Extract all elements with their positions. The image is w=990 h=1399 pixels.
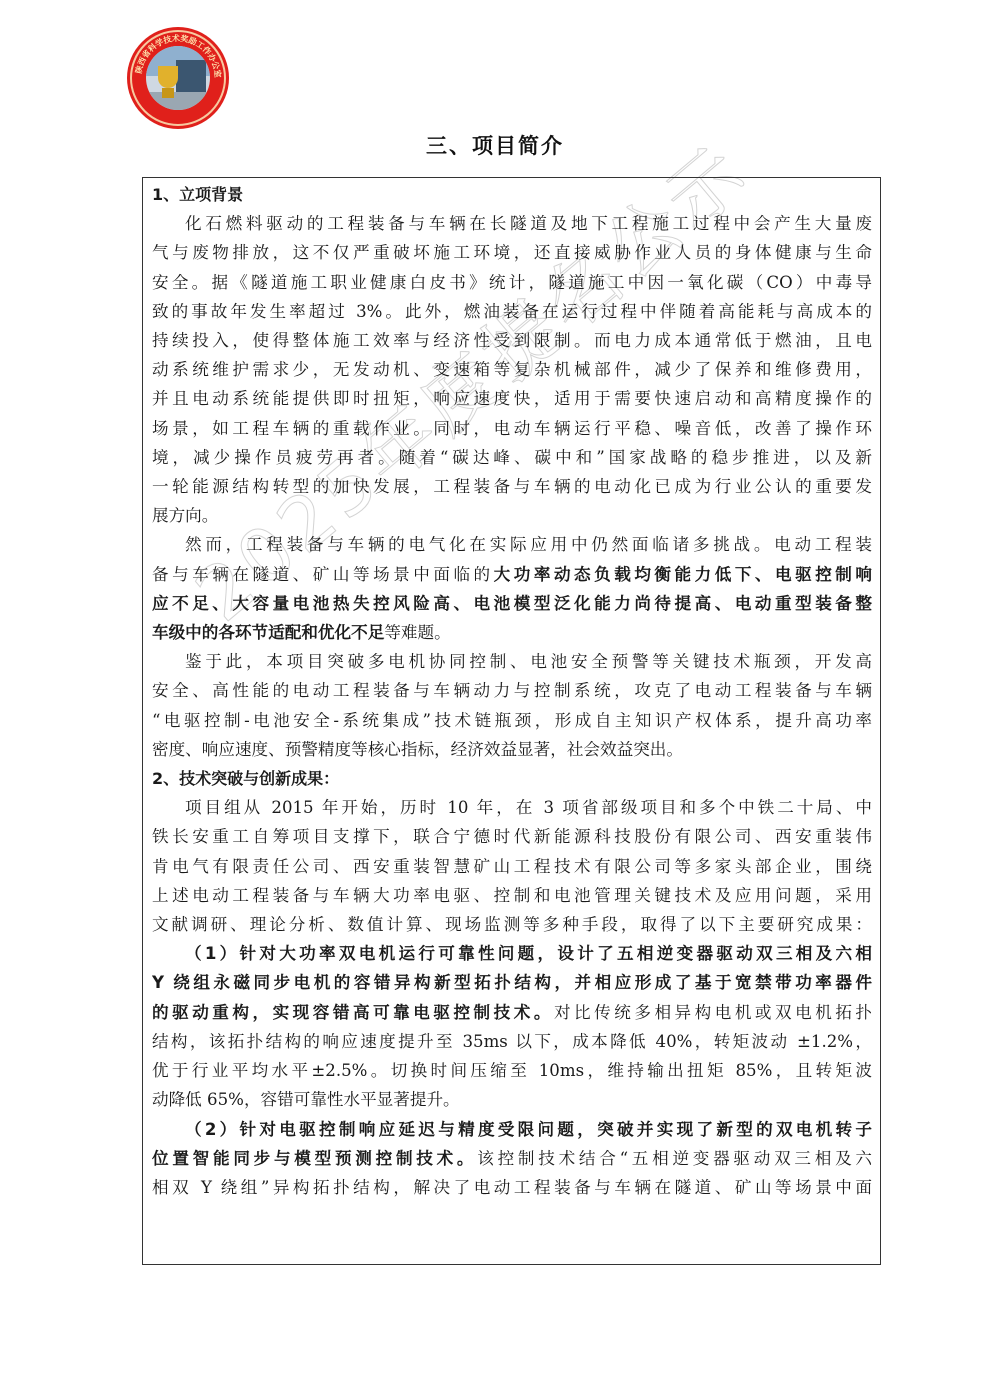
text-line: 位置智能同步与模型预测控制技术。该控制技术结合“五相逆变器驱动双三相及六 <box>152 1144 872 1173</box>
text-line: 气与废物排放，这不仅严重破坏施工环境，还直接威胁作业人员的身体健康与生命 <box>152 238 872 267</box>
bold-text-run: 车级中的各环节适配和优化不足 <box>152 623 384 642</box>
text-line: 一轮能源结构转型的加快发展，工程装备与车辆的电动化已成为行业公认的重要发 <box>152 472 872 501</box>
text-line: 化石燃料驱动的工程装备与车辆在长隧道及地下工程施工过程中会产生大量废 <box>152 209 872 238</box>
bold-text-line: 应不足、大容量电池热失控风险高、电池模型泛化能力尚待提高、电动重型装备整 <box>152 589 872 618</box>
text-line: 展方向。 <box>152 501 872 530</box>
organization-seal-logo: 陕西省科学技术奖励工作办公室 <box>127 27 229 129</box>
text-line: 鉴于此，本项目突破多电机协同控制、电池安全预警等关键技术瓶颈，开发高 <box>152 647 872 676</box>
bold-text-run: 位置智能同步与模型预测控制技术。 <box>152 1149 477 1168</box>
text-line: 铁长安重工自筹项目支撑下，联合宁德时代新能源科技股份有限公司、西安重装伟 <box>152 822 872 851</box>
text-line: 车级中的各环节适配和优化不足等难题。 <box>152 618 872 647</box>
text-line: 动系统维护需求少，无发动机、变速箱等复杂机械部件，减少了保养和维修费用， <box>152 355 872 384</box>
paragraph-result-1: （1）针对大功率双电机运行可靠性问题，设计了五相逆变器驱动双三相及六相 Y 绕组… <box>152 939 872 1114</box>
bold-text-run: 的驱动重构，实现容错高可靠电驱控制技术。 <box>152 1003 554 1022</box>
text-line: 相双 Y 绕组”异构拓扑结构，解决了电动工程装备与车辆在隧道、矿山等场景中面 <box>152 1173 872 1202</box>
text-line: 项目组从 2015 年开始，历时 10 年，在 3 项省部级项目和多个中铁二十局… <box>152 793 872 822</box>
text-line: 肯电气有限责任公司、西安重装智慧矿山工程技术有限公司等多家头部企业，围绕 <box>152 852 872 881</box>
project-summary-box: 1、立项背景 化石燃料驱动的工程装备与车辆在长隧道及地下工程施工过程中会产生大量… <box>142 177 881 1265</box>
text-line: 结构，该拓扑结构的响应速度提升至 35ms 以下，成本降低 40%，转矩波动 ±… <box>152 1027 872 1056</box>
text-line: 备与车辆在隧道、矿山等场景中面临的大功率动态负载均衡能力低下、电驱控制响 <box>152 560 872 589</box>
text-line: 的驱动重构，实现容错高可靠电驱控制技术。对比传统多相异构电机或双电机拓扑 <box>152 998 872 1027</box>
paragraph-challenges: 然而，工程装备与车辆的电气化在实际应用中仍然面临诸多挑战。电动工程装 备与车辆在… <box>152 530 872 647</box>
section-heading-background: 1、立项背景 <box>152 180 872 209</box>
trophy-icon <box>158 66 178 88</box>
text-line: 境，减少操作员疲劳再者。随着“碳达峰、碳中和”国家战略的稳步推进，以及新 <box>152 443 872 472</box>
bold-text-line: （1）针对大功率双电机运行可靠性问题，设计了五相逆变器驱动双三相及六相 <box>152 939 872 968</box>
text-run: 该控制技术结合“五相逆变器驱动双三相及六 <box>477 1149 872 1168</box>
text-line: “电驱控制-电池安全-系统集成”技术链瓶颈，形成自主知识产权体系，提升高功率 <box>152 706 872 735</box>
text-line: 优于行业平均水平±2.5%。切换时间压缩至 10ms，维持输出扭矩 85%，且转… <box>152 1056 872 1085</box>
bold-text-line: Y 绕组永磁同步电机的容错异构新型拓扑结构，并相应形成了基于宽禁带功率器件 <box>152 968 872 997</box>
text-line: 上述电动工程装备与车辆大功率电驱、控制和电池管理关键技术及应用问题，采用 <box>152 881 872 910</box>
text-line: 安全。据《隧道施工职业健康白皮书》统计，隧道施工中因一氧化碳（CO）中毒导 <box>152 268 872 297</box>
text-line: 场景，如工程车辆的重载作业。同时，电动车辆运行平稳、噪音低，改善了操作环 <box>152 414 872 443</box>
text-line: 然而，工程装备与车辆的电气化在实际应用中仍然面临诸多挑战。电动工程装 <box>152 530 872 559</box>
text-run: 对比传统多相异构电机或双电机拓扑 <box>554 1003 872 1022</box>
text-run: 等难题。 <box>384 623 450 642</box>
text-line: 致的事故年发生率超过 3%。此外，燃油装备在运行过程中伴随着高能耗与高成本的 <box>152 297 872 326</box>
text-line: 文献调研、理论分析、数值计算、现场监测等多种手段，取得了以下主要研究成果： <box>152 910 872 939</box>
seal-emblem-image <box>146 46 210 110</box>
page-title: 三、项目简介 <box>0 130 990 160</box>
text-line: 并且电动系统能提供即时扭矩，响应速度快，适用于需要快速启动和高精度操作的 <box>152 384 872 413</box>
bold-text-line: （2）针对电驱控制响应延迟与精度受限问题，突破并实现了新型的双电机转子 <box>152 1115 872 1144</box>
text-line: 密度、响应速度、预警精度等核心指标，经济效益显著，社会效益突出。 <box>152 735 872 764</box>
section-heading-innovation: 2、技术突破与创新成果： <box>152 764 872 793</box>
paragraph-project-overview: 项目组从 2015 年开始，历时 10 年，在 3 项省部级项目和多个中铁二十局… <box>152 793 872 939</box>
text-line: 持续投入，使得整体施工效率与经济性受到限制。而电力成本通常低于燃油，且电 <box>152 326 872 355</box>
bold-text-run: 大功率动态负载均衡能力低下、电驱控制响 <box>494 565 872 584</box>
paragraph-background: 化石燃料驱动的工程装备与车辆在长隧道及地下工程施工过程中会产生大量废 气与废物排… <box>152 209 872 530</box>
text-line: 动降低 65%，容错可靠性水平显著提升。 <box>152 1085 872 1114</box>
paragraph-result-2: （2）针对电驱控制响应延迟与精度受限问题，突破并实现了新型的双电机转子 位置智能… <box>152 1115 872 1203</box>
text-run: 备与车辆在隧道、矿山等场景中面临的 <box>152 565 494 584</box>
paragraph-summary: 鉴于此，本项目突破多电机协同控制、电池安全预警等关键技术瓶颈，开发高 安全、高性… <box>152 647 872 764</box>
text-line: 安全、高性能的电动工程装备与车辆动力与控制系统，攻克了电动工程装备与车辆 <box>152 676 872 705</box>
